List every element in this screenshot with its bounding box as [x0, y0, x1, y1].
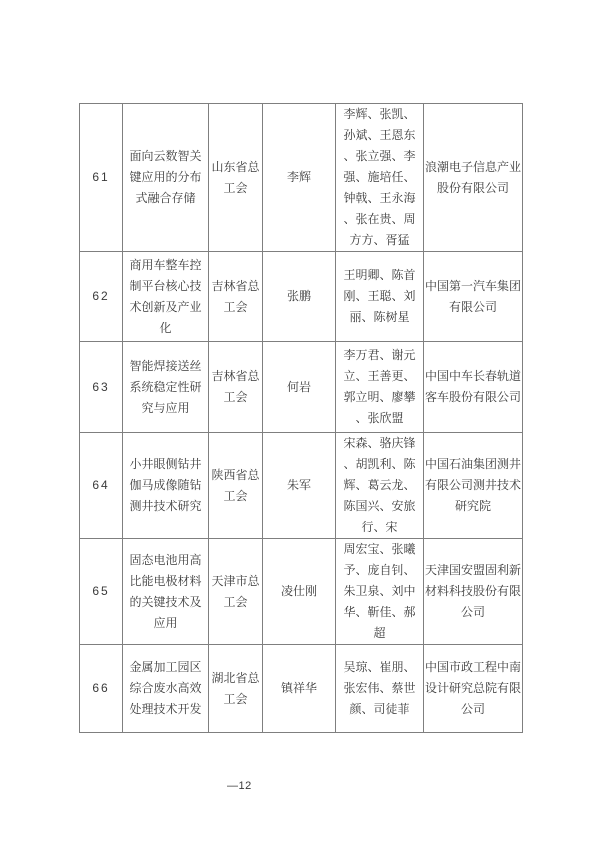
- cell-row-number: 66: [80, 645, 123, 733]
- cell-company-name: 中国第一汽车集团有限公司: [424, 252, 523, 342]
- document-page: 61 面向云数智关键应用的分布式融合存储 山东省总工会 李辉 李辉、张凯、孙斌、…: [0, 0, 595, 842]
- cell-project-name: 商用车整车控制平台核心技术创新及产业化: [123, 252, 209, 342]
- cell-recommending-org: 湖北省总工会: [209, 645, 263, 733]
- cell-recommending-org: 陕西省总工会: [209, 433, 263, 539]
- table-row: 64 小井眼侧钻井伽马成像随钻测井技术研究 陕西省总工会 朱军 宋森、骆庆锋、胡…: [80, 433, 523, 539]
- cell-row-number: 63: [80, 342, 123, 433]
- cell-leader-name: 镇祥华: [263, 645, 336, 733]
- cell-company-name: 中国石油集团测井有限公司测井技术研究院: [424, 433, 523, 539]
- page-number: —12: [227, 780, 252, 792]
- cell-row-number: 65: [80, 539, 123, 645]
- table-row: 65 固态电池用高比能电极材料的关键技术及应用 天津市总工会 凌仕刚 周宏宝、张…: [80, 539, 523, 645]
- cell-leader-name: 凌仕刚: [263, 539, 336, 645]
- cell-recommending-org: 吉林省总工会: [209, 342, 263, 433]
- cell-team-members: 李辉、张凯、孙斌、王恩东、张立强、李强、施培任、钟戟、王永海、张在贵、周方方、胥…: [336, 104, 424, 252]
- cell-company-name: 中国中车长春轨道客车股份有限公司: [424, 342, 523, 433]
- cell-recommending-org: 天津市总工会: [209, 539, 263, 645]
- cell-team-members: 李万君、谢元立、王善更、郭立明、廖攀、张欣盟: [336, 342, 424, 433]
- cell-company-name: 中国市政工程中南设计研究总院有限公司: [424, 645, 523, 733]
- cell-leader-name: 李辉: [263, 104, 336, 252]
- table-row: 66 金属加工园区综合废水高效处理技术开发 湖北省总工会 镇祥华 吴琼、崔朋、张…: [80, 645, 523, 733]
- table-row: 63 智能焊接送丝系统稳定性研究与应用 吉林省总工会 何岩 李万君、谢元立、王善…: [80, 342, 523, 433]
- cell-team-members: 周宏宝、张曦予、庞自钊、朱卫泉、刘中华、靳佳、郝超: [336, 539, 424, 645]
- cell-recommending-org: 吉林省总工会: [209, 252, 263, 342]
- table-body: 61 面向云数智关键应用的分布式融合存储 山东省总工会 李辉 李辉、张凯、孙斌、…: [80, 104, 523, 733]
- cell-project-name: 面向云数智关键应用的分布式融合存储: [123, 104, 209, 252]
- cell-company-name: 浪潮电子信息产业股份有限公司: [424, 104, 523, 252]
- cell-team-members: 宋森、骆庆锋、胡凯利、陈辉、葛云龙、陈国兴、安旅行、宋: [336, 433, 424, 539]
- cell-leader-name: 朱军: [263, 433, 336, 539]
- cell-recommending-org: 山东省总工会: [209, 104, 263, 252]
- cell-team-members: 王明卿、陈首刚、王聪、刘丽、陈树星: [336, 252, 424, 342]
- cell-leader-name: 张鹏: [263, 252, 336, 342]
- cell-row-number: 64: [80, 433, 123, 539]
- cell-project-name: 金属加工园区综合废水高效处理技术开发: [123, 645, 209, 733]
- table-row: 61 面向云数智关键应用的分布式融合存储 山东省总工会 李辉 李辉、张凯、孙斌、…: [80, 104, 523, 252]
- table-row: 62 商用车整车控制平台核心技术创新及产业化 吉林省总工会 张鹏 王明卿、陈首刚…: [80, 252, 523, 342]
- cell-team-members: 吴琼、崔朋、张宏伟、蔡世颜、司徒菲: [336, 645, 424, 733]
- cell-project-name: 智能焊接送丝系统稳定性研究与应用: [123, 342, 209, 433]
- cell-project-name: 固态电池用高比能电极材料的关键技术及应用: [123, 539, 209, 645]
- project-award-table: 61 面向云数智关键应用的分布式融合存储 山东省总工会 李辉 李辉、张凯、孙斌、…: [79, 103, 523, 733]
- cell-company-name: 天津国安盟固利新材料科技股份有限公司: [424, 539, 523, 645]
- cell-row-number: 61: [80, 104, 123, 252]
- cell-row-number: 62: [80, 252, 123, 342]
- cell-project-name: 小井眼侧钻井伽马成像随钻测井技术研究: [123, 433, 209, 539]
- cell-leader-name: 何岩: [263, 342, 336, 433]
